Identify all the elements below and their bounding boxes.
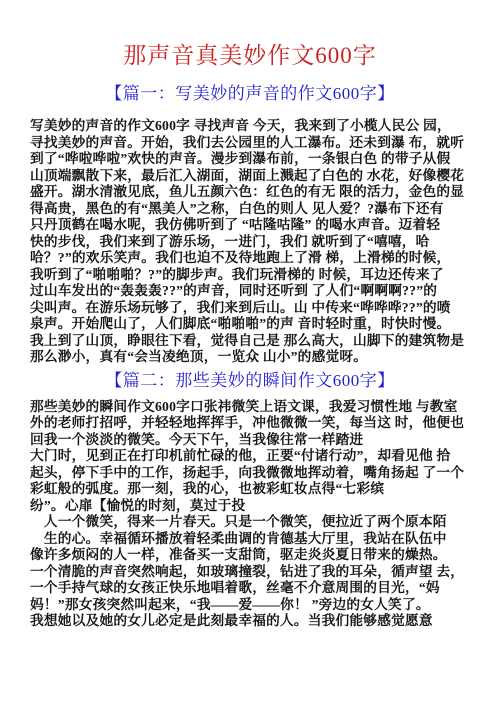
essay-paragraph-2: 那些美妙的瞬间作文600字口张祎微笑上语文课，我爱习惯性地 与教室 外的老师打招… — [30, 399, 470, 630]
document-page: 那声音真美妙作文600字 【篇一：写美妙的声音的作文600字】 写美妙的声音的作… — [0, 0, 500, 707]
section-heading-2: 【篇二：那些美妙的瞬间作文600字】 — [30, 369, 470, 393]
section-heading-1: 【篇一：写美妙的声音的作文600字】 — [30, 82, 470, 106]
essay-paragraph-1: 写美妙的声音的作文600字 寻找声音 今天，我来到了小榄人民公 园， 寻找美妙的… — [30, 118, 470, 366]
page-title: 那声音真美妙作文600字 — [30, 40, 470, 72]
